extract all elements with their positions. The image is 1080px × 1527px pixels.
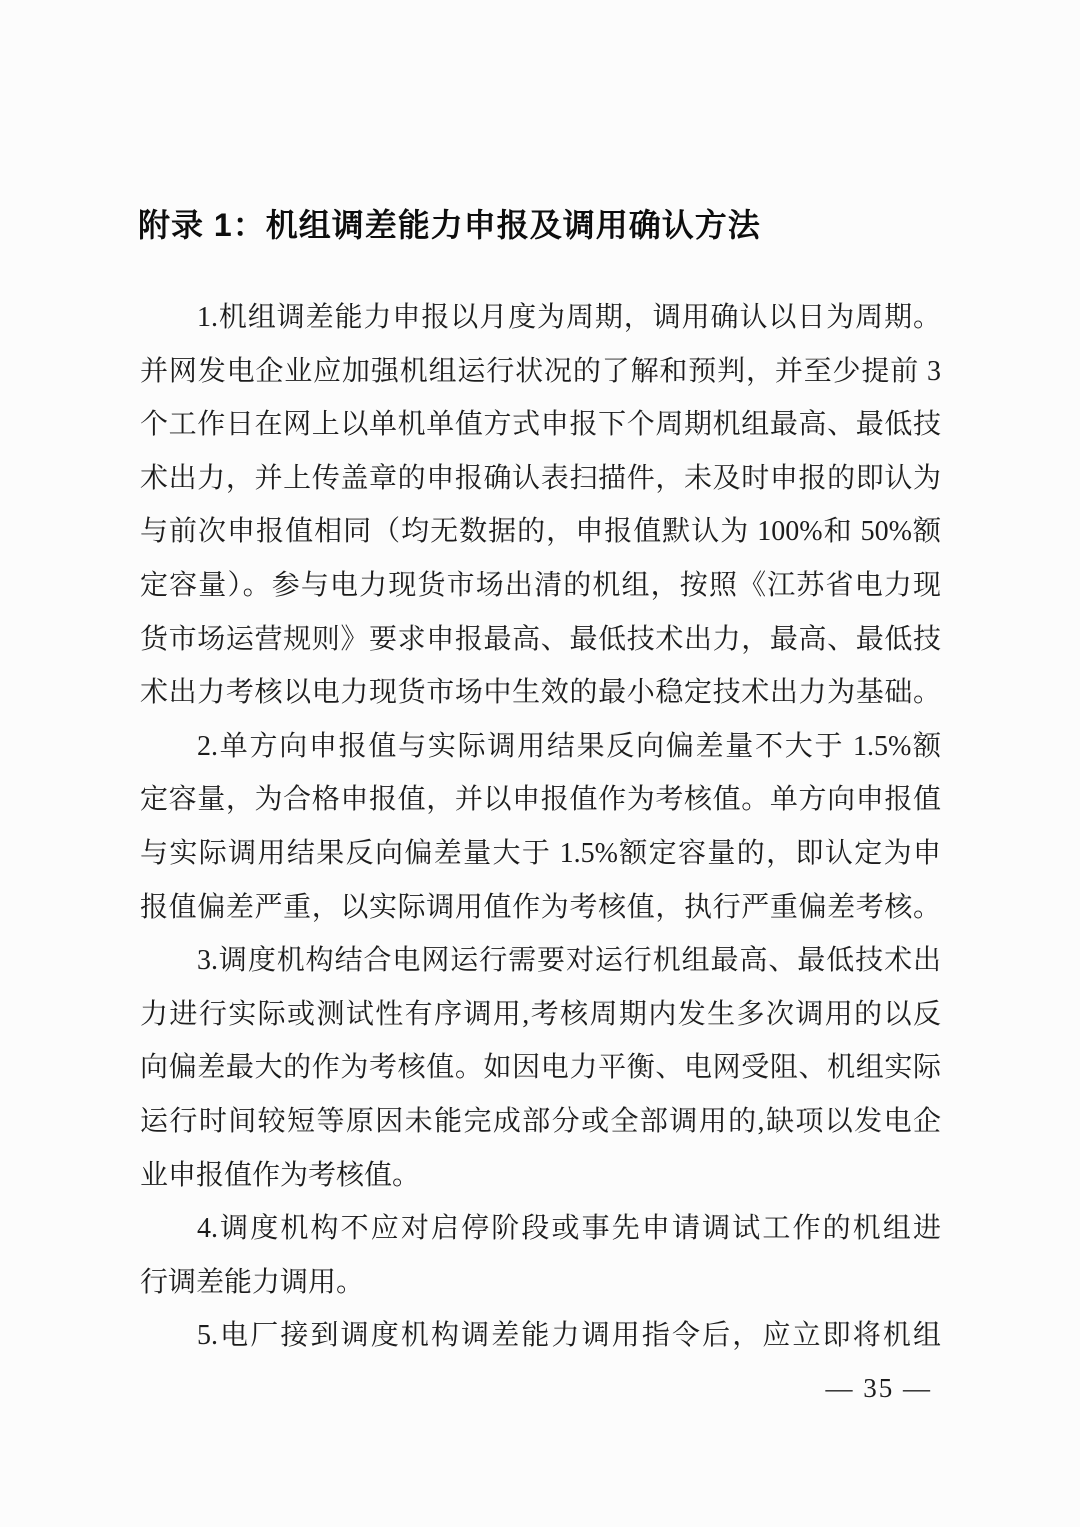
body-text-line: 2.单方向申报值与实际调用结果反向偏差量不大于 1.5%额 (140, 720, 941, 774)
document-page: 附录 1：机组调差能力申报及调用确认方法 1.机组调差能力申报以月度为周期，调用… (0, 0, 1080, 1527)
body-text-line: 4.调度机构不应对启停阶段或事先申请调试工作的机组进 (140, 1202, 941, 1256)
body-text-line: 术出力考核以电力现货市场中生效的最小稳定技术出力为基础。 (140, 666, 941, 720)
body-text-line: 力进行实际或测试性有序调用,考核周期内发生多次调用的以反 (140, 988, 941, 1042)
body-text-line: 术出力，并上传盖章的申报确认表扫描件，未及时申报的即认为 (140, 452, 941, 506)
body-text-line: 个工作日在网上以单机单值方式申报下个周期机组最高、最低技 (140, 398, 941, 452)
body-text-line: 3.调度机构结合电网运行需要对运行机组最高、最低技术出 (140, 934, 941, 988)
body-text-line: 定容量）。参与电力现货市场出清的机组，按照《江苏省电力现 (140, 559, 941, 613)
page-number: — 35 — (826, 1372, 933, 1404)
body-text-line: 1.机组调差能力申报以月度为周期，调用确认以日为周期。 (140, 291, 941, 345)
body-text-line: 并网发电企业应加强机组运行状况的了解和预判，并至少提前 3 (140, 345, 941, 399)
page-title: 附录 1：机组调差能力申报及调用确认方法 (138, 205, 948, 245)
body-text-block: 1.机组调差能力申报以月度为周期，调用确认以日为周期。并网发电企业应加强机组运行… (140, 291, 941, 1363)
body-text-line: 运行时间较短等原因未能完成部分或全部调用的,缺项以发电企 (140, 1095, 941, 1149)
body-text-line: 货市场运营规则》要求申报最高、最低技术出力，最高、最低技 (140, 613, 941, 667)
body-text-line: 行调差能力调用。 (140, 1256, 941, 1310)
body-text-line: 业申报值作为考核值。 (140, 1149, 941, 1203)
body-text-line: 向偏差最大的作为考核值。如因电力平衡、电网受阻、机组实际 (140, 1041, 941, 1095)
body-text-line: 定容量，为合格申报值，并以申报值作为考核值。单方向申报值 (140, 773, 941, 827)
body-text-line: 报值偏差严重，以实际调用值作为考核值，执行严重偏差考核。 (140, 881, 941, 935)
body-text-line: 与前次申报值相同（均无数据的，申报值默认为 100%和 50%额 (140, 505, 941, 559)
body-text-line: 5.电厂接到调度机构调差能力调用指令后，应立即将机组 (140, 1309, 941, 1363)
body-text-line: 与实际调用结果反向偏差量大于 1.5%额定容量的，即认定为申 (140, 827, 941, 881)
